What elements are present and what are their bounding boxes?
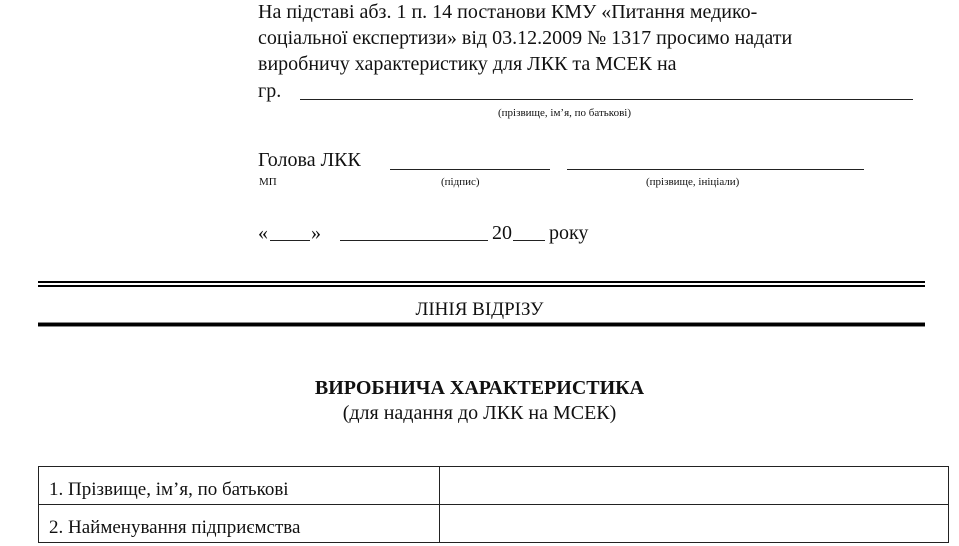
row-value-enterprise-name[interactable] [440,505,949,543]
year-blank[interactable] [513,240,545,241]
row-label-full-name: 1. Прізвище, ім’я, по батькові [39,467,440,505]
cut-line-label: ЛІНІЯ ВІДРІЗУ [0,299,959,321]
characteristic-table: 1. Прізвище, ім’я, по батькові 2. Наймен… [38,466,949,543]
row-label-enterprise-name: 2. Найменування підприємства [39,505,440,543]
name-initials-blank[interactable] [567,169,864,170]
chair-label: Голова ЛКК [258,148,361,172]
table-row: 2. Найменування підприємства [39,505,949,543]
citizen-name-blank[interactable] [300,99,913,100]
citizen-name-caption: (прізвище, ім’я, по батькові) [498,107,631,119]
cut-line-bottom [38,323,925,326]
document-title: ВИРОБНИЧА ХАРАКТЕРИСТИКА [0,376,959,400]
request-text-line-2: соціальної експертизи» від 03.12.2009 № … [258,26,792,50]
row-value-full-name[interactable] [440,467,949,505]
table-row: 1. Прізвище, ім’я, по батькові [39,467,949,505]
signature-caption: (підпис) [441,176,480,188]
request-text-line-1: На підставі абз. 1 п. 14 постанови КМУ «… [258,0,757,24]
day-blank[interactable] [270,240,310,241]
month-blank[interactable] [340,240,488,241]
year-prefix: 20 [492,221,512,245]
date-quote-close: » [311,221,321,245]
name-initials-caption: (прізвище, ініціали) [646,176,739,188]
request-text-line-3: виробничу характеристику для ЛКК та МСЕК… [258,52,677,76]
date-quote-open: « [258,221,268,245]
year-suffix: року [549,221,588,245]
cut-line-top [38,281,925,287]
document-subtitle: (для надання до ЛКК на МСЕК) [0,401,959,425]
citizen-prefix: гр. [258,79,281,103]
stamp-label: МП [259,176,277,188]
signature-blank[interactable] [390,169,550,170]
